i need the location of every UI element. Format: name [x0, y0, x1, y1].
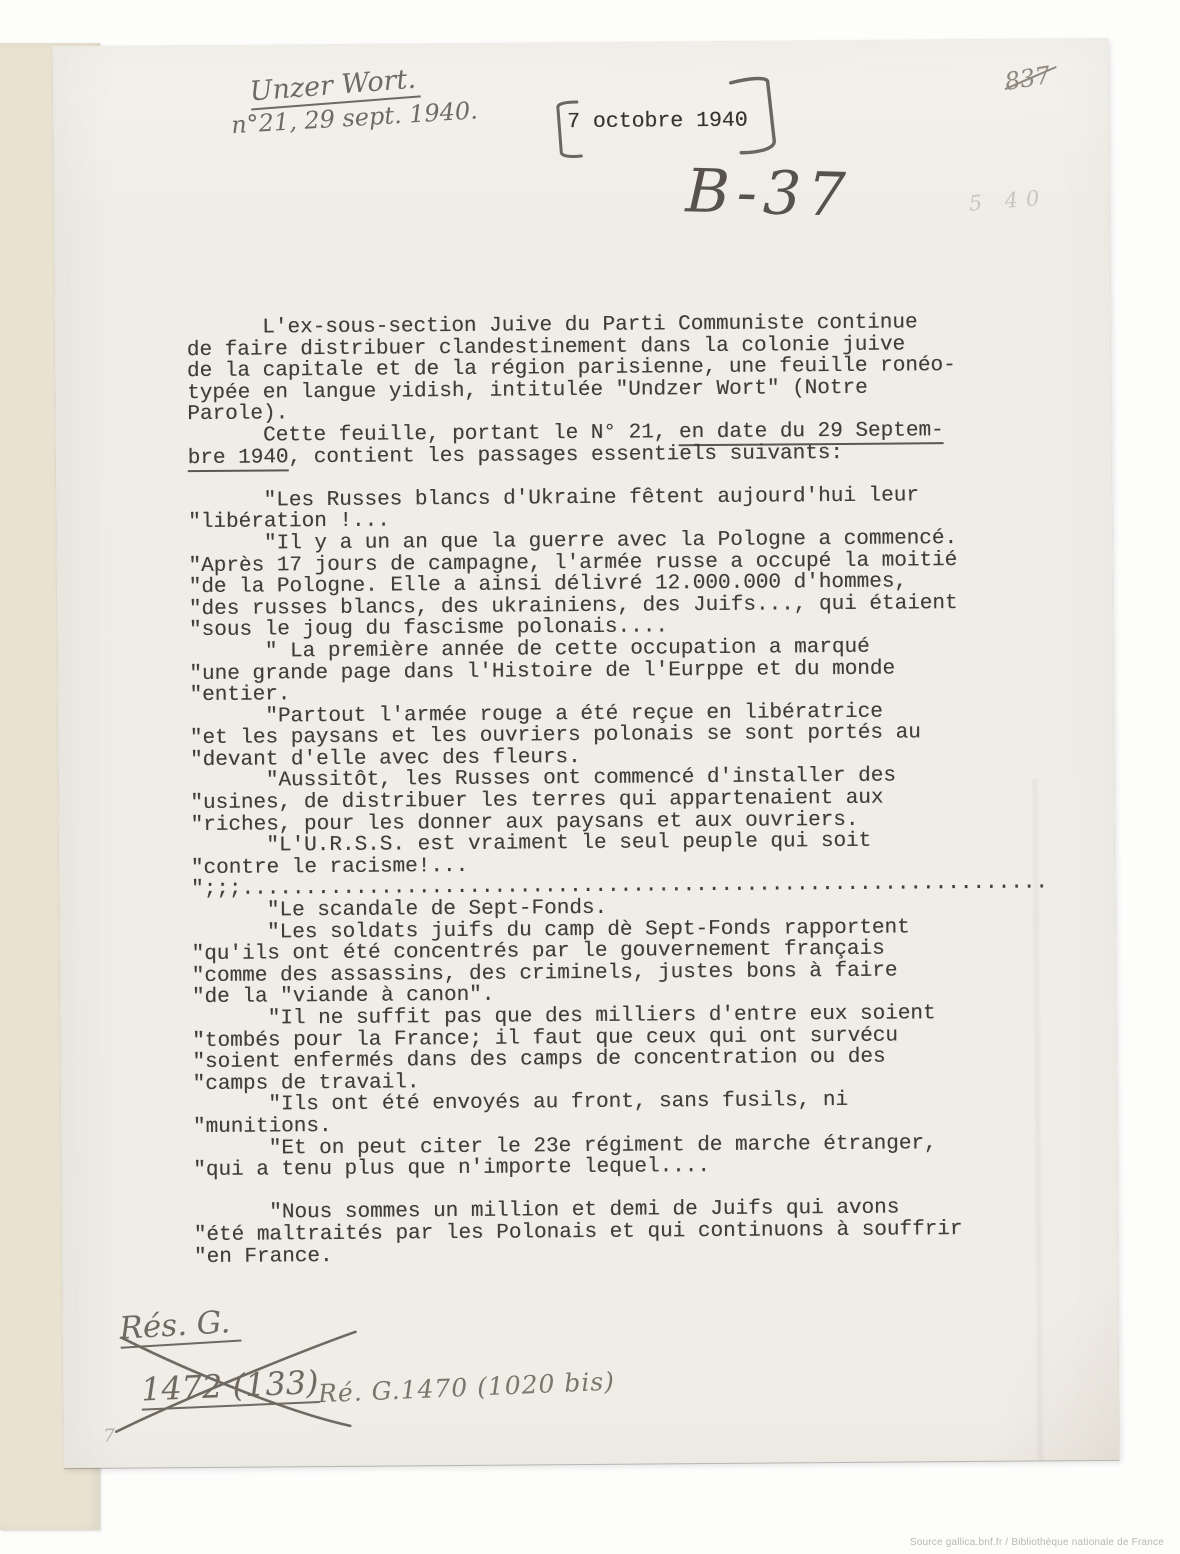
- typed-segment: "munitions.: [193, 1115, 332, 1139]
- typed-line: "en France.: [194, 1240, 1051, 1268]
- handwritten-code-mark: B-37: [685, 156, 853, 230]
- date-stamp-text: 7 octobre 1940: [567, 109, 748, 134]
- typed-segment: , contient les passages essentiels suiva…: [288, 442, 843, 469]
- typed-segment: "entier.: [189, 683, 290, 707]
- scan-background: Unzer Wort. n°21, 29 sept. 1940. 7 octob…: [0, 0, 1180, 1554]
- typed-segment: "qui a tenu plus que n'importe lequel...…: [193, 1155, 710, 1182]
- pencil-corner-number: 837: [1003, 61, 1053, 96]
- corner-shading: [988, 1280, 1119, 1461]
- typed-text: L'ex-sous-section Juive du Parti Communi…: [187, 311, 1051, 1268]
- document-page: Unzer Wort. n°21, 29 sept. 1940. 7 octob…: [52, 38, 1119, 1468]
- faint-pencil-marks: 5 40: [968, 186, 1048, 216]
- tiny-pencil-mark: 7: [103, 1426, 115, 1447]
- typed-segment: Parole).: [187, 403, 288, 427]
- date-stamp: 7 octobre 1940: [545, 70, 786, 160]
- typed-underlined-segment: bre 1940: [188, 446, 289, 472]
- typed-segment: "en France.: [194, 1245, 333, 1269]
- gallica-watermark: Source gallica.bnf.fr / Bibliothèque nat…: [910, 1537, 1164, 1548]
